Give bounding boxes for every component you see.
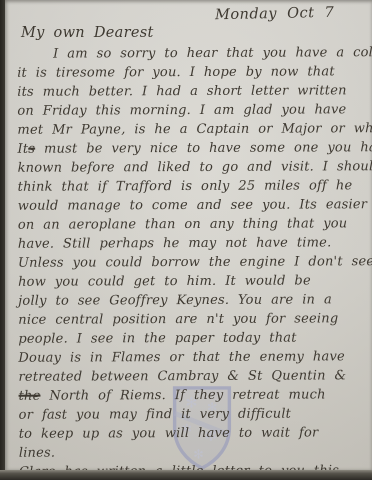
scan-edge-left [0,0,5,480]
scanned-letter-page: ✻ ✻ ✻ ✻ ✻ Monday Oct 7 My own Dearest I … [0,0,372,480]
letter-line: Its must be very nice to have some one y… [17,138,365,159]
letter-line: its much better. I had a short letter wr… [17,81,365,102]
letter-line: known before and liked to go and visit. … [18,157,366,178]
letter-date: Monday Oct 7 [215,5,335,23]
letter-line: I am so sorry to hear that you have a co… [17,43,365,64]
letter-line: people. I see in the paper today that [18,328,366,349]
letter-line: how you could get to him. It would be [18,271,366,292]
letter-body: I am so sorry to hear that you have a co… [17,43,367,480]
letter-line: or fast you may find it very difficult [19,404,367,425]
struck-text: the [19,389,41,404]
letter-line: nice central position are n't you for se… [18,309,366,330]
letter-line: jolly to see Geoffrey Keynes. You are in… [18,290,366,311]
letter-line: the North of Riems. If they retreat much [19,385,367,406]
letter-line: would manage to come and see you. Its ea… [18,195,366,216]
letter-salutation: My own Dearest [21,25,154,41]
letter-line: it is tiresome for you. I hope by now th… [17,62,365,83]
letter-line: on an aeroplane than on any thing that y… [18,214,366,235]
letter-line: Unless you could borrow the engine I don… [18,252,366,273]
letter-line: think that if Trafford is only 25 miles … [18,176,366,197]
letter-line: Douay is in Flames or that the enemy hav… [18,347,366,368]
letter-paper: ✻ ✻ ✻ ✻ ✻ Monday Oct 7 My own Dearest I … [5,0,372,470]
letter-line: retreated between Cambray & St Quentin & [18,366,366,387]
letter-line: to keep up as you will have to wait for [19,423,367,444]
letter-line: on Friday this morning. I am glad you ha… [17,100,365,121]
letter-line: met Mr Payne, is he a Captain or Major o… [17,119,365,140]
scan-edge-bottom [0,470,372,480]
letter-line: lines. [19,442,367,463]
letter-line: have. Still perhaps he may not have time… [18,233,366,254]
